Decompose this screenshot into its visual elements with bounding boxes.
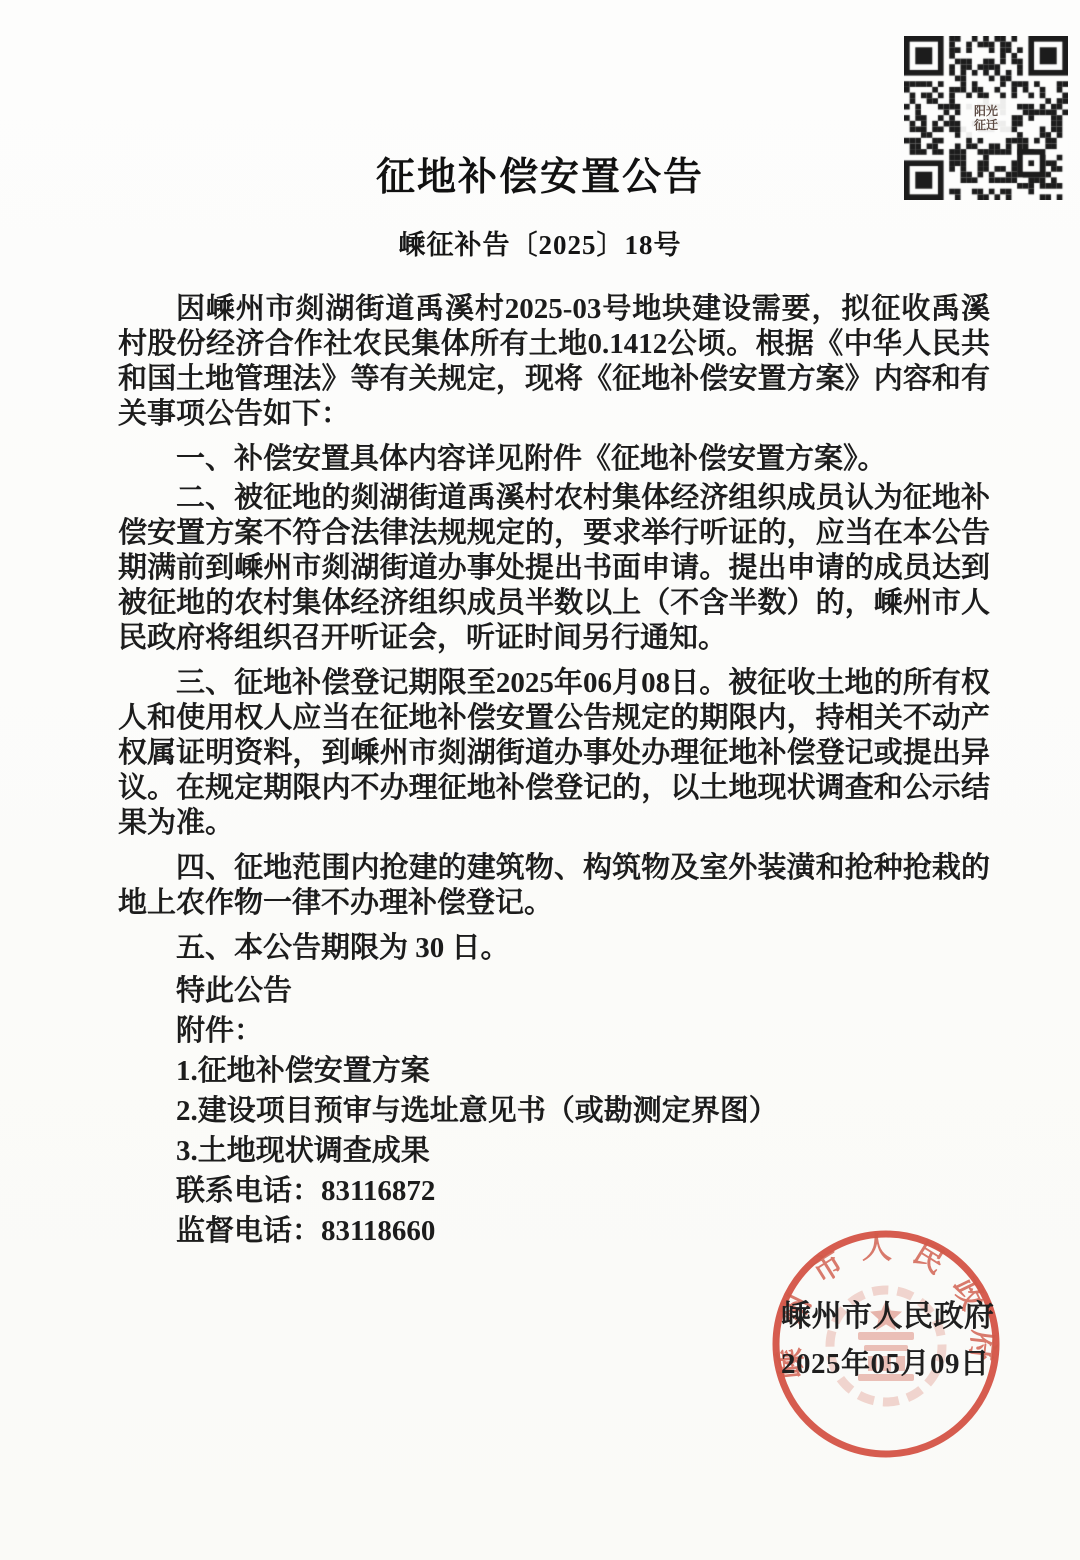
qr-label-line2: 征迁 — [974, 119, 998, 133]
signature-date: 2025年05月09日 — [781, 1347, 995, 1381]
paragraph: 3.土地现状调查成果 — [118, 1131, 990, 1171]
signature-authority: 嵊州市人民政府 — [781, 1300, 995, 1334]
signature-block: 嵊州市人民政府 2025年05月09日 — [781, 1300, 995, 1381]
qr-center-label: 阳光 征迁 — [974, 105, 998, 133]
paragraph: 附件： — [118, 1011, 990, 1051]
announcement-page: 阳光 征迁 征地补偿安置公告 嵊征补告〔2025〕18号 因嵊州市剡湖街道禹溪村… — [0, 0, 1080, 1560]
paragraph: 一、补偿安置具体内容详见附件《征地补偿安置方案》。 — [118, 442, 990, 477]
paragraph: 2.建设项目预审与选址意见书（或勘测定界图） — [118, 1091, 990, 1131]
paragraph: 三、征地补偿登记期限至2025年06月08日。被征收土地的所有权人和使用权人应当… — [118, 666, 990, 841]
doc-number: 嵊征补告〔2025〕18号 — [0, 223, 1080, 262]
paragraph: 因嵊州市剡湖街道禹溪村2025-03号地块建设需要，拟征收禹溪村股份经济合作社农… — [118, 292, 990, 432]
paragraph: 五、本公告期限为 30 日。 — [118, 931, 990, 966]
paragraph: 1.征地补偿安置方案 — [118, 1051, 990, 1091]
qr-label-line1: 阳光 — [974, 105, 998, 119]
qr-code: 阳光 征迁 — [904, 36, 1068, 200]
paragraph: 二、被征地的剡湖街道禹溪村农村集体经济组织成员认为征地补偿安置方案不符合法律法规… — [118, 481, 990, 656]
announcement-body: 因嵊州市剡湖街道禹溪村2025-03号地块建设需要，拟征收禹溪村股份经济合作社农… — [118, 292, 990, 1251]
paragraph: 联系电话：83116872 — [118, 1171, 990, 1211]
paragraph: 特此公告 — [118, 971, 990, 1011]
paragraph: 四、征地范围内抢建的建筑物、构筑物及室外装潢和抢种抢栽的地上农作物一律不办理补偿… — [118, 851, 990, 921]
